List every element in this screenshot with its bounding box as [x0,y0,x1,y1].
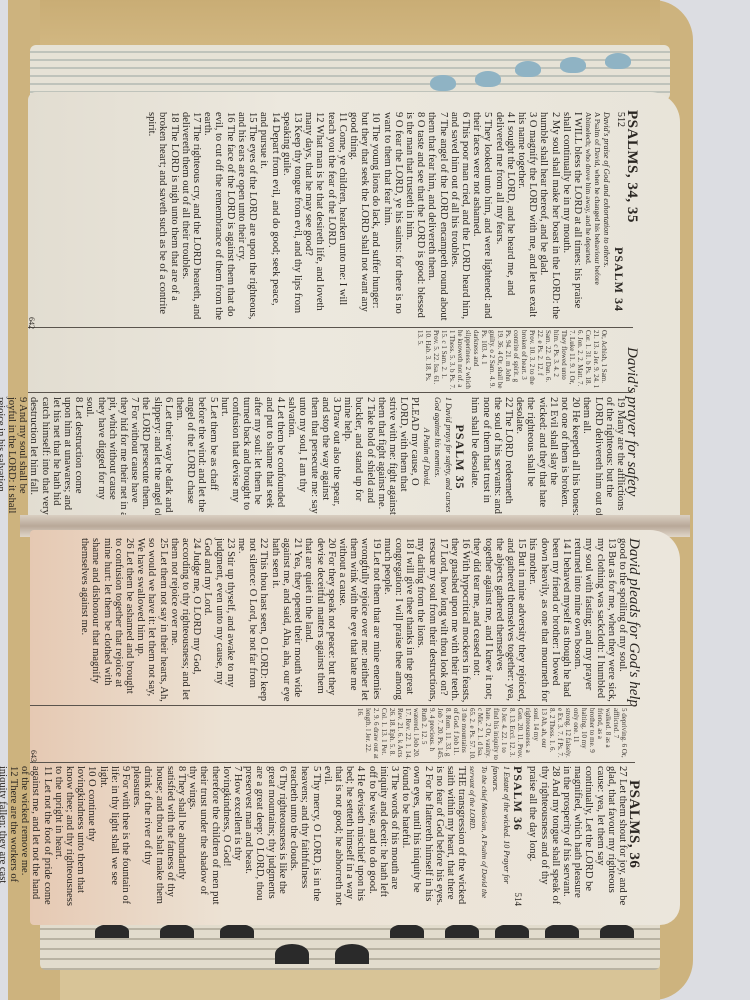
verse: 12 There are the workers of iniquity fal… [0,766,19,906]
verse: 5 Thy mercy, O LORD, is in the heavens; … [288,766,322,906]
verse: 19 Many are the afflictions of the right… [581,397,626,517]
verse: 20 For they speak not peace: but they de… [303,538,337,703]
verse: 7 For without cause have they hid for me… [84,397,140,517]
thumb-tab-black [495,924,529,938]
psalm35-superscription: A Psalm of David. [420,397,431,517]
lower-refs: 5 depriving. 6 Or, afflicted. 7 walked. … [356,708,628,760]
thumb-tab-black [160,924,194,938]
thumb-tab-blue [475,71,501,87]
verse: 6 Let their way be dark and slippery: an… [140,397,174,517]
verse: 26 Let them be ashamed and brought to co… [79,538,135,703]
verse: 25 Let them not say in their hearts, Ah,… [135,538,169,703]
thumb-tab-black [390,924,424,938]
verse: 3 The words of his mouth are iniquity an… [366,766,400,906]
verse: 28 And my tongue shall speak of thy righ… [527,766,561,906]
verse: 22 This thou hast seen, O LORD: keep not… [236,538,270,703]
verse: 16 The face of the LORD is against them … [202,112,236,322]
verse: 21 Evil shall slay the wicked: and they … [514,397,559,517]
verse: 11 Come, ye children, hearken unto me: I… [325,112,347,322]
verse: PLEAD my cause, O LORD, with them that s… [376,397,421,517]
verse: 21 Yea, they opened their mouth wide aga… [270,538,304,703]
thumb-tab-black [335,944,369,964]
thumb-tab-blue [430,75,456,91]
verse: 17 The righteous cry, and the LORD heare… [180,112,202,322]
psalm34-superscription: A Psalm of David, when he changed his be… [584,112,602,312]
thumb-tab-black [600,924,634,938]
verse: 24 Judge me, O LORD my God, according to… [169,538,203,703]
thumb-tab-black [445,924,479,938]
psalm34-refs: Or, Achish, 1 Sam. 21. 13. a Jer. 9. 24.… [416,330,608,390]
upper-page-number: 642 [27,317,36,329]
verse: 9 O fear the LORD, ye his saints: for th… [381,112,403,322]
verse: 7 How excellent is thy lovingkindness, O… [187,766,243,906]
verse: 9 For with thee is the fountain of life:… [97,766,131,906]
verse: 13 But as for me, when they were sick, m… [572,538,617,703]
column-divider [30,762,635,763]
psalm35-continued-column: good to the spoiling of my soul. 13 But … [79,538,628,703]
verse: 6 This poor man cried, and the LORD hear… [449,112,471,322]
verse: 7 The angel of the LORD encampeth round … [426,112,448,322]
psalm34-summary: David's praise of God and exhortation to… [602,112,611,312]
verse: 10 O continue thy lovingkindness unto th… [53,766,98,906]
verse: 11 Let not the foot of pride come agains… [19,766,53,906]
verse: 8 They shall be abundantly satisfied wit… [131,766,187,906]
psalm36-title: PSALM 36 [512,766,523,831]
psalm36-column: 27 Let them shout for joy, and be glad, … [0,766,628,906]
verse: 12 What man is he that desireth life, an… [303,112,325,322]
verse: 18 I will give thee thanks in the great … [382,538,416,703]
verse: 3 Draw out also the spear, and stop the … [286,397,342,517]
psalm34-end-column: 19 Many are the afflictions of the right… [0,397,626,517]
thumb-tab-black [275,944,309,964]
verse: I WILL bless the LORD at all times: his … [561,112,583,322]
psalm34-header: 512 PSALM 34 David's praise of God and e… [584,112,626,312]
psalm36-summary: 1 Estate of the wicked. 10 Prayer for fa… [490,766,512,906]
verse: 13 Keep thy tongue from evil, and thy li… [281,112,303,322]
thumb-tab-blue [560,57,586,73]
verse: 9 And my soul shall be joyful in the LOR… [0,397,28,517]
verse: 4 Let them be confounded and put to sham… [219,397,286,517]
thumb-tab-black [220,924,254,938]
verse: 17 Lord, how long wilt thou look on? res… [415,538,449,703]
verse: 8 Let destruction come upon him at unawa… [28,397,84,517]
thumb-tab-blue [605,53,631,69]
column-divider [30,705,635,706]
psalm34-number: 512 [611,112,626,127]
upper-page: PSALMS, 34, 35 David's prayer for safety… [28,92,680,522]
verse: 3 O magnify the LORD with me, and let us… [516,112,538,322]
verse: 5 Let them be as chaff before the wind: … [174,397,219,517]
verse: 2 Take hold of shield and buckler, and s… [342,397,376,517]
verse: 15 The eyes of the LORD are upon the rig… [236,112,258,322]
psalm34-column-a: I WILL bless the LORD at all times: his … [146,112,583,322]
verse: 4 He deviseth mischief upon his bed; he … [322,766,367,906]
column-divider [28,392,633,393]
verse: 10 The young lions do lack, and suffer h… [348,112,382,322]
verse: 14 I behaved myself as though he had bee… [527,538,572,703]
verse: good to the spoiling of my soul. [617,538,628,703]
verse: 19 Let not them that are mine enemies wr… [337,538,382,703]
verse: 2 My soul shall make her boast in the LO… [538,112,560,322]
verse: 20 He keepeth all his bones: not one of … [559,397,581,517]
psalm36-superscription: To the chief Musician, A Psalm of David … [467,766,489,906]
lower-page: David pleads for God's help PSALMS, 36 g… [30,530,680,925]
lower-page-number: 643 [29,750,38,762]
verse: 4 I sought the LORD, and he heard me, an… [493,112,515,322]
verse: 6 Thy righteousness is like the great mo… [243,766,288,906]
psalm36-number: 514 [512,893,523,907]
psalm34-title: PSALM 34 [611,247,626,312]
verse: 14 Depart from evil, and do good; seek p… [258,112,280,322]
psalm35-title: PSALM 35 [454,397,465,517]
verse: 18 The LORD is nigh unto them that are o… [146,112,180,322]
verse: 8 O taste and see that the LORD is good:… [404,112,426,322]
verse: THE transgression of the wicked saith wi… [434,766,468,906]
psalm35-summary: 1 David prays for safety, and curses God… [432,397,454,517]
verse: 22 The LORD redeemeth the soul of his se… [469,397,514,517]
thumb-tab-black [95,924,129,938]
verse: 15 But in mine adversity they rejoiced, … [471,538,527,703]
column-divider [28,327,633,328]
verse: 27 Let them shout for joy, and be glad, … [561,766,628,906]
verse: 5 They looked unto him, and were lighten… [471,112,493,322]
verse: 2 For he flattereth himself in his own e… [400,766,434,906]
verse: 16 With hypocritical mockers in feasts, … [449,538,471,703]
verse: 23 Stir up thyself, and awake to my judg… [202,538,236,703]
thumb-tab-blue [515,61,541,77]
thumb-tab-black [545,924,579,938]
